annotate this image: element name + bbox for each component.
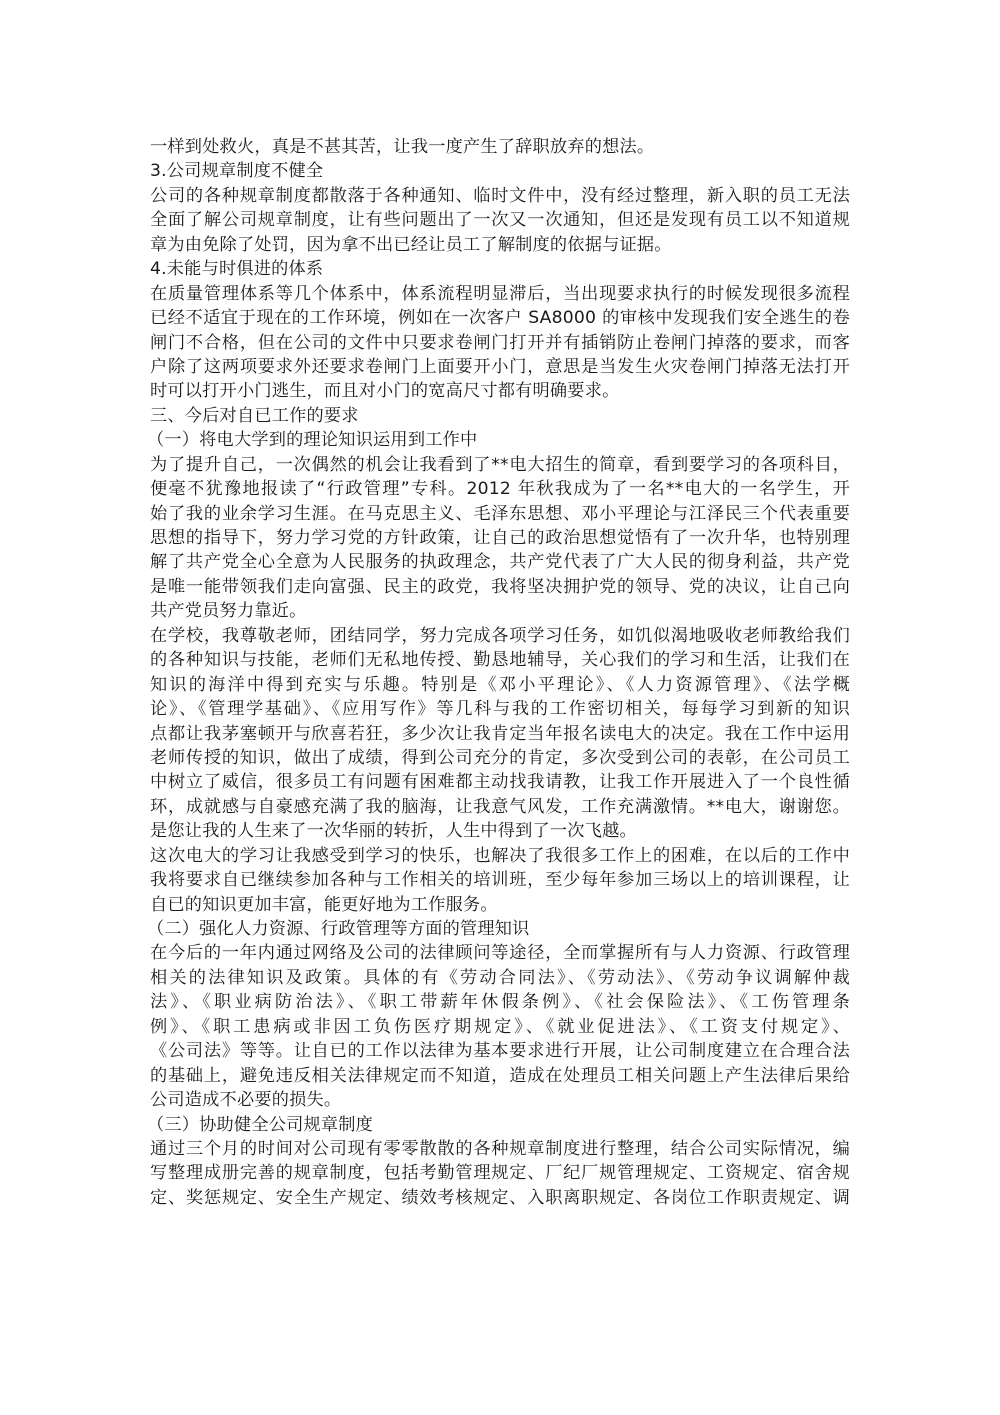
text-line: 是您让我的人生来了一次华丽的转折，人生中得到了一次飞越。	[150, 819, 850, 843]
text-line: 我将要求自已继续参加各种与工作相关的培训班，至少每年参加三场以上的培训课程，让	[150, 868, 850, 892]
text-line: 在质量管理体系等几个体系中，体系流程明显滞后，当出现要求执行的时候发现很多流程	[150, 282, 850, 306]
chapter-heading: 三、今后对自已工作的要求	[150, 404, 850, 428]
text-line: 时可以打开小门逃生，而且对小门的宽高尺寸都有明确要求。	[150, 379, 850, 403]
subsection-heading: （一）将电大学到的理论知识运用到工作中	[150, 428, 850, 452]
text-line: 已经不适宜于现在的工作环境，例如在一次客户 SA8000 的审核中发现我们安全逃…	[150, 306, 850, 330]
text-line: 公司造成不必要的损失。	[150, 1088, 850, 1112]
text-line: 全面了解公司规章制度，让有些问题出了一次又一次通知，但还是发现有员工以不知道规	[150, 208, 850, 232]
paragraph: 为了提升自己，一次偶然的机会让我看到了**电大招生的简章，看到要学习的各项科目，…	[150, 453, 850, 624]
paragraph: 公司的各种规章制度都散落于各种通知、临时文件中，没有经过整理，新入职的员工无法 …	[150, 184, 850, 257]
text-line: 中树立了威信，很多员工有问题有困难都主动找我请教，让我工作开展进入了一个良性循	[150, 770, 850, 794]
text-line: 老师传授的知识，做出了成绩，得到公司充分的肯定，多次受到公司的表彰，在公司员工	[150, 746, 850, 770]
text-line: 的各种知识与技能，老师们无私地传授、勤恳地辅导，关心我们的学习和生活，让我们在	[150, 648, 850, 672]
text-line: 闸门不合格，但在公司的文件中只要求卷闸门打开并有插销防止卷闸门掉落的要求，而客	[150, 331, 850, 355]
text-line: 便毫不犹豫地报读了“行政管理”专科。2012 年秋我成为了一名**电大的一名学生…	[150, 477, 850, 501]
text-line: 环，成就感与自豪感充满了我的脑海，让我意气风发，工作充满激情。**电大，谢谢您。	[150, 795, 850, 819]
text-line: 定、奖惩规定、安全生产规定、绩效考核规定、入职离职规定、各岗位工作职责规定、调	[150, 1186, 850, 1210]
paragraph: 在学校，我尊敬老师，团结同学，努力完成各项学习任务，如饥似渴地吸收老师教给我们 …	[150, 624, 850, 844]
text-line: 解了共产党全心全意为人民服务的执政理念，共产党代表了广大人民的彻身利益，共产党	[150, 550, 850, 574]
subsection-heading: （二）强化人力资源、行政管理等方面的管理知识	[150, 917, 850, 941]
text-line: 这次电大的学习让我感受到学习的快乐，也解决了我很多工作上的困难，在以后的工作中	[150, 844, 850, 868]
text-line: 户除了这两项要求外还要求卷闸门上面要开小门，意思是当发生火灾卷闸门掉落无法打开	[150, 355, 850, 379]
text-line: 始了我的业余学习生涯。在马克思主义、毛泽东思想、邓小平理论与江泽民三个代表重要	[150, 502, 850, 526]
text-line: 是唯一能带领我们走向富强、民主的政党，我将坚决拥护党的领导、党的决议，让自己向	[150, 575, 850, 599]
text-line: 为了提升自己，一次偶然的机会让我看到了**电大招生的简章，看到要学习的各项科目，	[150, 453, 850, 477]
text-line: 章为由免除了处罚，因为拿不出已经让员工了解制度的依据与证据。	[150, 233, 850, 257]
paragraph: 一样到处救火，真是不甚其苦，让我一度产生了辞职放弃的想法。	[150, 135, 850, 159]
subsection-heading: （三）协助健全公司规章制度	[150, 1113, 850, 1137]
text-line: 例》、《职工患病或非因工负伤医疗期规定》、《就业促进法》、《工资支付规定》、	[150, 1015, 850, 1039]
paragraph: 在今后的一年内通过网络及公司的法律顾问等途径，全而掌握所有与人力资源、行政管理 …	[150, 941, 850, 1112]
paragraph: 通过三个月的时间对公司现有零零散散的各种规章制度进行整理，结合公司实际情况，编 …	[150, 1137, 850, 1210]
text-line: 通过三个月的时间对公司现有零零散散的各种规章制度进行整理，结合公司实际情况，编	[150, 1137, 850, 1161]
text-line: 的基础上，避免违反相关法律规定而不知道，造成在处理员工相关问题上产生法律后果给	[150, 1064, 850, 1088]
text-line: 共产党员努力靠近。	[150, 599, 850, 623]
section-heading: 4.未能与时俱进的体系	[150, 257, 850, 281]
text-line: 一样到处救火，真是不甚其苦，让我一度产生了辞职放弃的想法。	[150, 135, 850, 159]
text-line: 点都让我茅塞顿开与欣喜若狂，多少次让我肯定当年报名读电大的决定。我在工作中运用	[150, 722, 850, 746]
text-line: 法》、《职业病防治法》、《职工带薪年休假条例》、《社会保险法》、《工伤管理条	[150, 990, 850, 1014]
paragraph: 这次电大的学习让我感受到学习的快乐，也解决了我很多工作上的困难，在以后的工作中 …	[150, 844, 850, 917]
text-line: 论》、《管理学基础》、《应用写作》等几科与我的工作密切相关，每每学习到新的知识	[150, 697, 850, 721]
text-line: 公司的各种规章制度都散落于各种通知、临时文件中，没有经过整理，新入职的员工无法	[150, 184, 850, 208]
text-line: 《公司法》等等。让自已的工作以法律为基本要求进行开展，让公司制度建立在合理合法	[150, 1039, 850, 1063]
text-line: 写整理成册完善的规章制度，包括考勤管理规定、厂纪厂规管理规定、工资规定、宿舍规	[150, 1161, 850, 1185]
section-heading: 3.公司规章制度不健全	[150, 159, 850, 183]
document-page: 一样到处救火，真是不甚其苦，让我一度产生了辞职放弃的想法。 3.公司规章制度不健…	[150, 135, 850, 1210]
text-line: 知识的海洋中得到充实与乐趣。特别是《邓小平理论》、《人力资源管理》、《法学概	[150, 673, 850, 697]
text-line: 在学校，我尊敬老师，团结同学，努力完成各项学习任务，如饥似渴地吸收老师教给我们	[150, 624, 850, 648]
text-line: 相关的法律知识及政策。具体的有《劳动合同法》、《劳动法》、《劳动争议调解仲裁	[150, 966, 850, 990]
text-line: 思想的指导下，努力学习党的方针政策，让自己的政治思想觉悟有了一次升华，也特别理	[150, 526, 850, 550]
text-line: 在今后的一年内通过网络及公司的法律顾问等途径，全而掌握所有与人力资源、行政管理	[150, 941, 850, 965]
text-line: 自已的知识更加丰富，能更好地为工作服务。	[150, 893, 850, 917]
paragraph: 在质量管理体系等几个体系中，体系流程明显滞后，当出现要求执行的时候发现很多流程 …	[150, 282, 850, 404]
